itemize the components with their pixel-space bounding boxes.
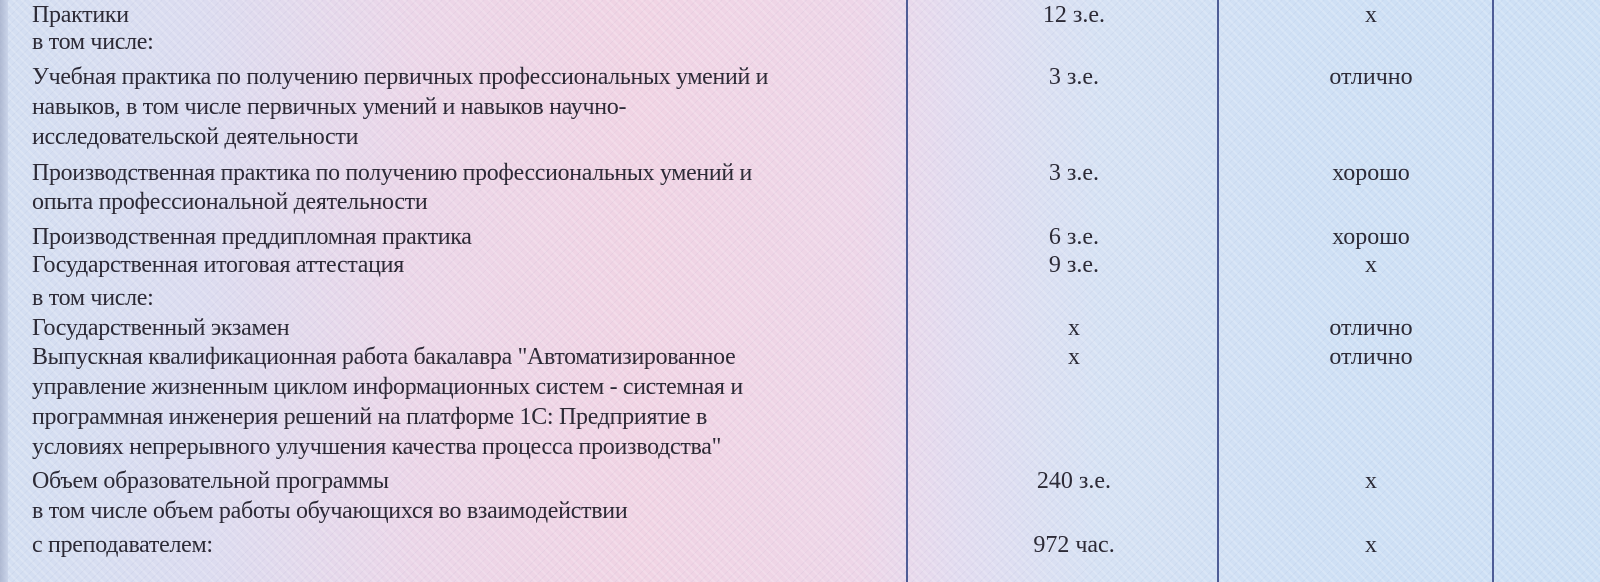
row-discipline-name: навыков, в том числе первичных умений и … [32,92,626,122]
table-row: с преподавателем:972 час.х [0,530,1600,560]
row-grade: хорошо [1218,158,1492,188]
row-discipline-name: Объем образовательной программы [32,466,389,496]
table-row: Государственный экзаменхотлично [0,313,1600,343]
row-credits: 972 час. [907,530,1217,560]
row-grade: отлично [1218,342,1492,372]
row-discipline-name: Учебная практика по получению первичных … [32,62,768,92]
row-discipline-name: программная инженерия решений на платфор… [32,402,707,432]
table-row: в том числе: [0,283,1600,313]
table-row: Производственная преддипломная практика6… [0,222,1600,252]
row-credits: 240 з.е. [907,466,1217,496]
table-row: навыков, в том числе первичных умений и … [0,92,1600,122]
row-credits: 3 з.е. [907,62,1217,92]
row-grade: отлично [1218,313,1492,343]
row-grade: х [1218,250,1492,280]
row-discipline-name: Государственный экзамен [32,313,289,343]
row-discipline-name: в том числе: [32,283,154,313]
row-discipline-name: условиях непрерывного улучшения качества… [32,432,721,462]
row-discipline-name: Выпускная квалификационная работа бакала… [32,342,735,372]
row-discipline-name: Государственная итоговая аттестация [32,250,404,280]
row-grade: хорошо [1218,222,1492,252]
table-row: Практики12 з.е.х [0,0,1600,30]
row-credits: 3 з.е. [907,158,1217,188]
table-row: управление жизненным циклом информационн… [0,372,1600,402]
row-discipline-name: управление жизненным циклом информационн… [32,372,743,402]
row-credits: 9 з.е. [907,250,1217,280]
table-row: Выпускная квалификационная работа бакала… [0,342,1600,372]
row-credits: 6 з.е. [907,222,1217,252]
table-row: Производственная практика по получению п… [0,158,1600,188]
table-row: программная инженерия решений на платфор… [0,402,1600,432]
table-row: опыта профессиональной деятельности [0,187,1600,217]
row-credits: 12 з.е. [907,0,1217,30]
table-row: в том числе объем работы обучающихся во … [0,496,1600,526]
table-row: в том числе: [0,27,1600,57]
table-row: исследовательской деятельности [0,122,1600,152]
row-discipline-name: опыта профессиональной деятельности [32,187,427,217]
row-discipline-name: Производственная преддипломная практика [32,222,472,252]
table-row: Государственная итоговая аттестация9 з.е… [0,250,1600,280]
row-grade: х [1218,530,1492,560]
row-grade: отлично [1218,62,1492,92]
row-grade: х [1218,0,1492,30]
table-row: Объем образовательной программы240 з.е.х [0,466,1600,496]
table-row: Учебная практика по получению первичных … [0,62,1600,92]
row-grade: х [1218,466,1492,496]
table-row: условиях непрерывного улучшения качества… [0,432,1600,462]
row-discipline-name: с преподавателем: [32,530,213,560]
row-discipline-name: исследовательской деятельности [32,122,358,152]
row-discipline-name: Практики [32,0,129,30]
row-credits: х [907,313,1217,343]
row-credits: х [907,342,1217,372]
row-discipline-name: в том числе объем работы обучающихся во … [32,496,627,526]
row-discipline-name: Производственная практика по получению п… [32,158,752,188]
row-discipline-name: в том числе: [32,27,154,57]
